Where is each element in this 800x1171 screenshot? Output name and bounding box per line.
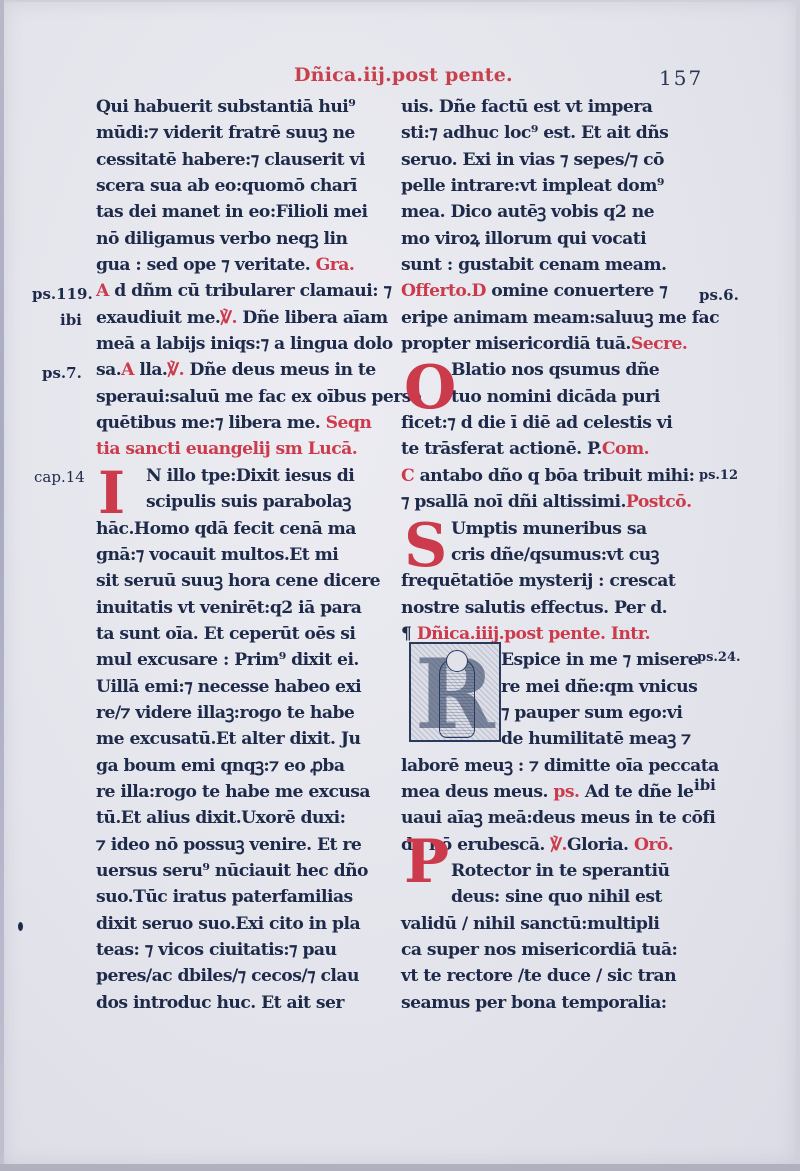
text-line-with-rubric: sa.A lla.℣. Dñe deus meus in te bbox=[96, 357, 396, 383]
text-line: nostre salutis effectus. Per d. bbox=[401, 595, 701, 621]
text-line: uis. Dñe factū est vt impera bbox=[401, 94, 701, 120]
rubric-oratio: Orō. bbox=[634, 835, 673, 855]
margin-note-ps6: ps.6. bbox=[699, 286, 739, 304]
text-line-with-rubric: mea deus meus. ps. Ad te dñe le bbox=[401, 779, 701, 805]
text-line: eripe animam meam:saluuꝫ me fac bbox=[401, 305, 701, 331]
text-line-with-rubric: quētibus me:⁊ libera me. Seqn bbox=[96, 410, 396, 436]
text-line: mo viroꝝ illorum qui vocati bbox=[401, 226, 701, 252]
missal-page: Dñica.iij.post pente. 157 ps.119. ibi ps… bbox=[4, 2, 796, 1164]
text: sa. bbox=[96, 360, 121, 380]
red-initial-o: O bbox=[404, 358, 456, 418]
text: d dñm cū tribularer clamaui: ⁊ bbox=[114, 281, 391, 301]
text-line: inuitatis vt venirēt:q2 iā para bbox=[96, 595, 396, 621]
text-line: mūdi:⁊ viderit fratrē suuꝫ ne bbox=[96, 120, 396, 146]
rubric-introit: Intr. bbox=[611, 624, 650, 644]
text: ⁊ psallā noī dñi altissimi. bbox=[401, 492, 626, 512]
text-line: tū.Et alius dixit.Uxorē duxi: bbox=[96, 805, 396, 831]
red-initial-d: D bbox=[471, 281, 485, 301]
text: te trāsferat actionē. P. bbox=[401, 439, 602, 459]
red-initial-a: A bbox=[96, 281, 109, 301]
text-line: gnā:⁊ vocauit multos.Et mi bbox=[96, 542, 396, 568]
margin-note-ps119: ps.119. bbox=[32, 285, 93, 303]
text-line-with-initial: C antabo dño q bōa tribuit mihi: bbox=[401, 463, 701, 489]
text-line: ga boum emi qnqꝫ:⁊ eo ꝓba bbox=[96, 753, 396, 779]
pilcrow-icon: ¶ bbox=[401, 624, 411, 644]
text-line: seamus per bona temporalia: bbox=[401, 990, 701, 1016]
text: antabo dño q bōa tribuit mihi: bbox=[420, 466, 695, 486]
text-line: ⁊ ideo nō possuꝫ venire. Et re bbox=[96, 832, 396, 858]
woodcut-head-icon bbox=[446, 650, 468, 672]
margin-note-ps12: ps.12 bbox=[699, 468, 738, 483]
text-line: sti:⁊ adhuc loc⁹ est. Et ait dñs bbox=[401, 120, 701, 146]
ink-speck bbox=[18, 922, 23, 931]
text: Dñe libera aīam bbox=[242, 308, 387, 328]
text-line-with-rubric: exaudiuit me.℣. Dñe libera aīam bbox=[96, 305, 396, 331]
running-head: Dñica.iij.post pente. bbox=[294, 64, 513, 86]
text: lla. bbox=[139, 360, 167, 380]
text: gua : sed ope ⁊ veritate. bbox=[96, 255, 310, 275]
text-line: mea. Dico autēꝫ vobis q2 ne bbox=[401, 199, 701, 225]
text-line: hāc.Homo qdā fecit cenā ma bbox=[96, 516, 396, 542]
text-line: re illa:rogo te habe me excusa bbox=[96, 779, 396, 805]
rubric-versicle: ℣. bbox=[550, 835, 567, 855]
text-line: scipulis suis parabolaꝫ bbox=[96, 489, 396, 515]
text-line: tas dei manet in eo:Filioli mei bbox=[96, 199, 396, 225]
red-initial-c: C bbox=[401, 466, 414, 486]
text-line-with-initial: A d dñm cū tribularer clamaui: ⁊ bbox=[96, 278, 396, 304]
rubric-offertory: Offerto. bbox=[401, 281, 471, 301]
text-line: pelle intrare:vt impleat dom⁹ bbox=[401, 173, 701, 199]
rubric-gradual: Gra. bbox=[316, 255, 355, 275]
text-line: re/⁊ videre illaꝫ:rogo te habe bbox=[96, 700, 396, 726]
text: Dñe deus meus in te bbox=[189, 360, 375, 380]
red-initial-i: I bbox=[98, 464, 125, 522]
rubric-postcommunion: Postcō. bbox=[626, 492, 692, 512]
rubric-psalm: ps. bbox=[553, 782, 579, 802]
text-line: teas: ⁊ vicos ciuitatis:⁊ pau bbox=[96, 937, 396, 963]
page-edge-bottom bbox=[0, 1164, 800, 1171]
rubric-sequentia: Seqn bbox=[326, 413, 372, 433]
text-line: seruo. Exi in vias ⁊ sepes/⁊ cō bbox=[401, 147, 701, 173]
text: Ad te dñe le bbox=[585, 782, 694, 802]
text-line: suo.Tūc iratus paterfamilias bbox=[96, 884, 396, 910]
text-line: laborē meuꝫ : ⁊ dimitte oīa peccata bbox=[401, 753, 701, 779]
text-line: ca super nos misericordiā tuā: bbox=[401, 937, 701, 963]
text-line-with-rubric: gua : sed ope ⁊ veritate. Gra. bbox=[96, 252, 396, 278]
text: mea deus meus. bbox=[401, 782, 548, 802]
rubric-communion: Com. bbox=[602, 439, 649, 459]
text-line: nō diligamus verbo neqꝫ lin bbox=[96, 226, 396, 252]
rubric-versicle: ℣. bbox=[167, 360, 184, 380]
left-column: Qui habuerit substantiā hui⁹ mūdi:⁊ vide… bbox=[96, 94, 396, 1016]
text-line: sunt : gustabit cenam meam. bbox=[401, 252, 701, 278]
text-line: peres/ac dbiles/⁊ cecos/⁊ clau bbox=[96, 963, 396, 989]
text: Gloria. bbox=[567, 835, 629, 855]
text: exaudiuit me. bbox=[96, 308, 220, 328]
text-line: uersus seru⁹ nūciauit hec dño bbox=[96, 858, 396, 884]
text-line: speraui:saluū me fac ex oībus perse bbox=[96, 384, 396, 410]
text-line: me excusatū.Et alter dixit. Ju bbox=[96, 726, 396, 752]
text: quētibus me:⁊ libera me. bbox=[96, 413, 320, 433]
text-line: N illo tpe:Dixit iesus di bbox=[96, 463, 396, 489]
text-line: ta sunt oīa. Et ceperūt oēs si bbox=[96, 621, 396, 647]
text: propter misericordiā tuā. bbox=[401, 334, 631, 354]
text: omine conuertere ⁊ bbox=[491, 281, 667, 301]
text-line: scera sua ab eo:quomō charī bbox=[96, 173, 396, 199]
text-line: dixit seruo suo.Exi cito in pla bbox=[96, 911, 396, 937]
margin-note-ps24: ps.24. bbox=[697, 650, 741, 665]
woodcut-initial-r: R bbox=[409, 642, 501, 742]
text-line: cessitatē habere:⁊ clauserit vi bbox=[96, 147, 396, 173]
red-initial-s: S bbox=[404, 516, 447, 576]
text-line: validū / nihil sanctū:multipli bbox=[401, 911, 701, 937]
text-line-with-rubric: Offerto.D omine conuertere ⁊ bbox=[401, 278, 701, 304]
rubric-secret: Secre. bbox=[631, 334, 688, 354]
rubric-versicle: ℣. bbox=[220, 308, 237, 328]
margin-note-ps7: ps.7. bbox=[42, 364, 82, 382]
text-line: mul excusare : Prim⁹ dixit ei. bbox=[96, 647, 396, 673]
text-line: sit seruū suuꝫ hora cene dicere bbox=[96, 568, 396, 594]
margin-note-ibi: ibi bbox=[60, 311, 82, 329]
folio-number: 157 bbox=[659, 66, 703, 90]
rubric-gospel-heading: tia sancti euangelij sm Lucā. bbox=[96, 436, 396, 462]
text-line-with-rubric: te trāsferat actionē. P.Com. bbox=[401, 436, 701, 462]
text-line: dos introduc huc. Et ait ser bbox=[96, 990, 396, 1016]
red-initial-alleluia: A bbox=[121, 360, 134, 380]
text-line: Uillā emi:⁊ necesse habeo exi bbox=[96, 674, 396, 700]
text-line: vt te rectore /te duce / sic tran bbox=[401, 963, 701, 989]
red-initial-p: P bbox=[404, 832, 449, 892]
text-line: Qui habuerit substantiā hui⁹ bbox=[96, 94, 396, 120]
text-line: meā a labijs iniqs:⁊ a lingua dolo bbox=[96, 331, 396, 357]
margin-note-cap14: cap.14 bbox=[34, 468, 85, 486]
